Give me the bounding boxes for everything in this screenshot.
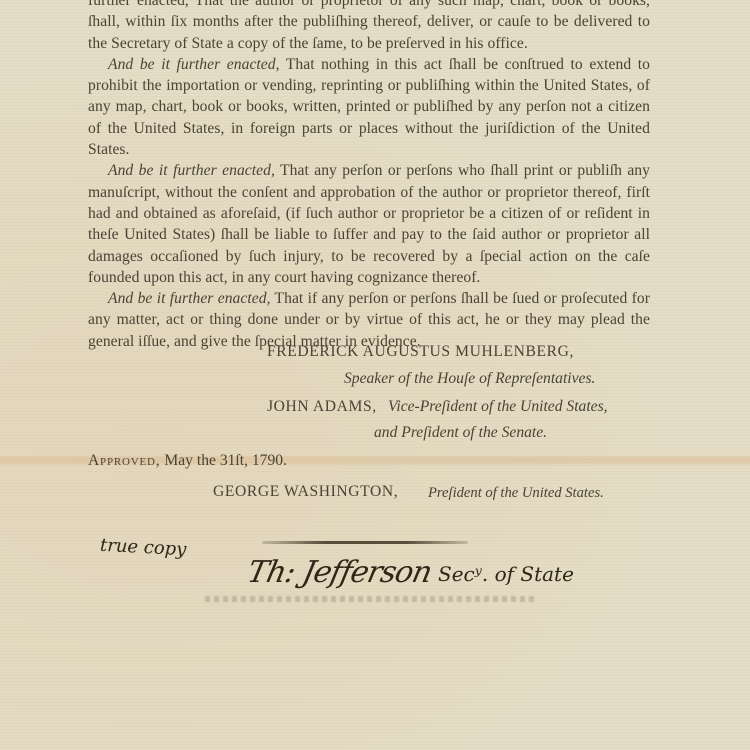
approved-label: Approved, bbox=[88, 452, 160, 469]
enactment-clause: And be it further enacted, bbox=[108, 290, 271, 307]
bleed-through-text bbox=[205, 596, 535, 602]
paragraph-deposit-copy: further enacted, That the author or prop… bbox=[88, 0, 650, 54]
decorative-rule bbox=[262, 541, 468, 544]
act-text-body: further enacted, That the author or prop… bbox=[88, 0, 650, 352]
secretary-of-state-annotation: Secʸ. of State bbox=[438, 562, 574, 586]
speaker-title: Speaker of the Houſe of Repreſentatives. bbox=[344, 370, 595, 388]
enactment-clause: And be it further enacted, bbox=[108, 162, 275, 179]
true-copy-annotation: true copy bbox=[100, 535, 187, 560]
vice-president-title: Vice-Preſident of the United States, bbox=[388, 398, 608, 416]
approval-line: Approved, May the 31ſt, 1790. bbox=[88, 452, 287, 470]
senate-president-title: and Preſident of the Senate. bbox=[374, 424, 547, 442]
enactment-clause: And be it further enacted, bbox=[108, 56, 280, 73]
paragraph-text: That any perſon or perſons who ſhall pri… bbox=[88, 162, 650, 285]
president-name: GEORGE WASHINGTON, bbox=[213, 483, 398, 501]
president-title: Preſident of the United States. bbox=[428, 485, 604, 502]
vice-president-name: JOHN ADAMS, bbox=[267, 398, 377, 416]
approved-date: May the 31ſt, 1790. bbox=[160, 452, 286, 469]
speaker-name: FREDERICK AUGUSTUS MUHLENBERG, bbox=[267, 343, 574, 361]
paragraph-manuscript-liability: And be it further enacted, That any perſ… bbox=[88, 160, 650, 288]
jefferson-signature: Th: Jefferson bbox=[244, 555, 434, 590]
paragraph-text: further enacted, That the author or prop… bbox=[88, 0, 650, 52]
paragraph-foreign-works: And be it further enacted, That nothing … bbox=[88, 54, 650, 160]
